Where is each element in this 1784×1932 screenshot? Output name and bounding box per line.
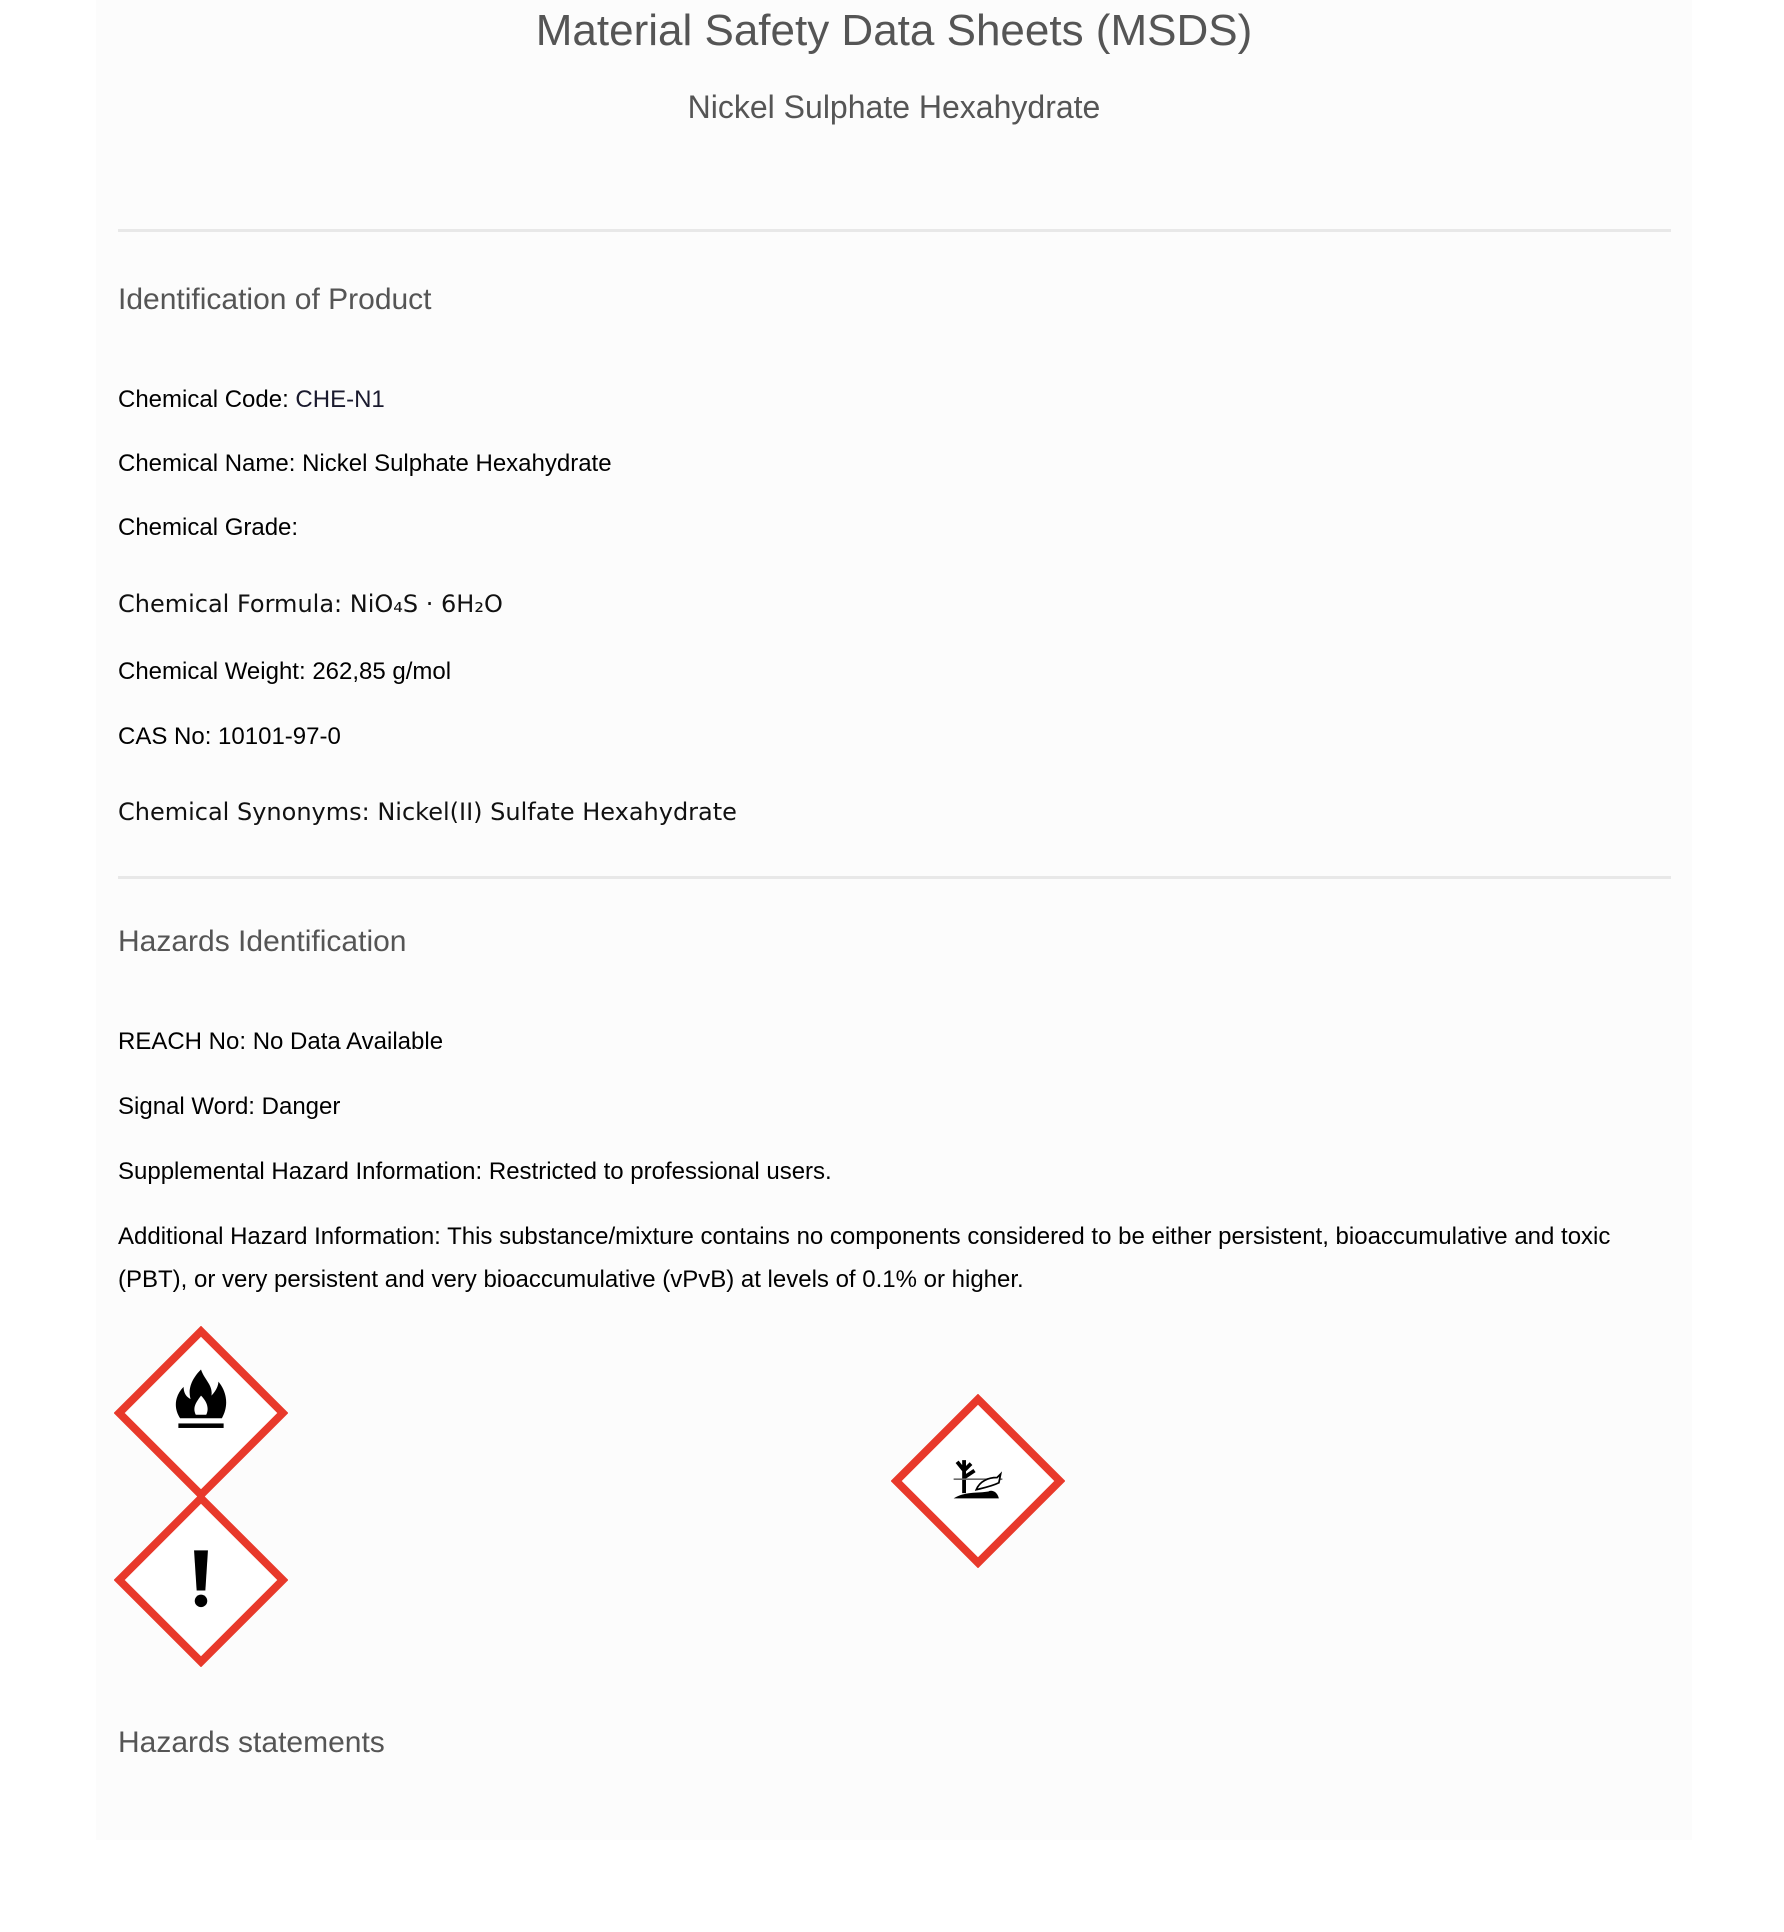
field-value: Restricted to professional users.: [489, 1158, 832, 1185]
field-label: Signal Word:: [118, 1093, 255, 1120]
field-supplemental-hazard-info: Supplemental Hazard Information: Restric…: [118, 1157, 832, 1187]
field-reach-no: REACH No: No Data Available: [118, 1027, 443, 1057]
field-additional-hazard-info: Additional Hazard Information: This subs…: [118, 1215, 1671, 1301]
divider: [118, 876, 1671, 879]
field-value: NiO₄S · 6H₂O: [350, 590, 503, 618]
field-label: Chemical Code:: [118, 386, 289, 413]
field-value: Nickel Sulphate Hexahydrate: [302, 450, 612, 477]
field-label: Additional Hazard Information:: [118, 1223, 441, 1250]
divider: [118, 229, 1671, 232]
exclamation-mark-icon: [114, 1493, 288, 1667]
field-label: Chemical Weight:: [118, 658, 306, 685]
field-label: CAS No:: [118, 723, 211, 750]
field-value: 10101-97-0: [218, 723, 341, 750]
flame-icon: [114, 1326, 288, 1500]
field-label: Supplemental Hazard Information:: [118, 1158, 482, 1185]
page-subtitle: Nickel Sulphate Hexahydrate: [96, 87, 1692, 127]
field-chemical-synonyms: Chemical Synonyms: Nickel(II) Sulfate He…: [118, 797, 737, 827]
field-label: Chemical Grade:: [118, 514, 298, 541]
msds-document: Material Safety Data Sheets (MSDS) Nicke…: [96, 0, 1692, 1840]
field-chemical-grade: Chemical Grade:: [118, 513, 298, 543]
field-label: Chemical Formula:: [118, 590, 342, 618]
section-heading-hazards-identification: Hazards Identification: [118, 924, 407, 960]
field-chemical-weight: Chemical Weight: 262,85 g/mol: [118, 657, 451, 687]
field-label: Chemical Name:: [118, 450, 295, 477]
field-chemical-name: Chemical Name: Nickel Sulphate Hexahydra…: [118, 449, 612, 479]
page-title: Material Safety Data Sheets (MSDS): [96, 4, 1692, 58]
field-cas-no: CAS No: 10101-97-0: [118, 722, 341, 752]
section-heading-hazard-statements: Hazards statements: [118, 1725, 385, 1761]
field-value: No Data Available: [253, 1028, 443, 1055]
section-heading-identification: Identification of Product: [118, 282, 432, 318]
field-value: 262,85 g/mol: [312, 658, 451, 685]
field-label: Chemical Synonyms:: [118, 798, 370, 826]
environment-icon: [891, 1394, 1065, 1568]
field-chemical-code: Chemical Code: CHE-N1: [118, 385, 385, 415]
field-label: REACH No:: [118, 1028, 246, 1055]
field-chemical-formula: Chemical Formula: NiO₄S · 6H₂O: [118, 589, 503, 619]
field-value: CHE-N1: [295, 386, 384, 413]
field-signal-word: Signal Word: Danger: [118, 1092, 340, 1122]
field-value: Nickel(II) Sulfate Hexahydrate: [377, 798, 737, 826]
field-value: Danger: [262, 1093, 341, 1120]
